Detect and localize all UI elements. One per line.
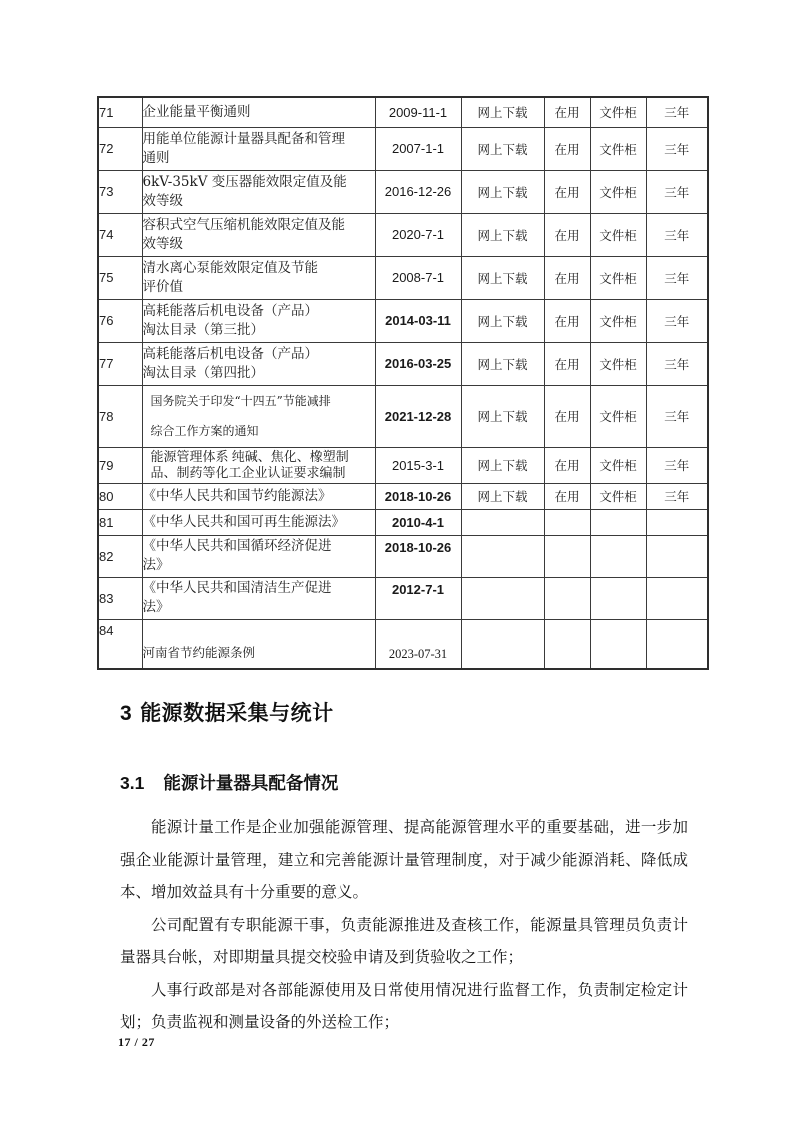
doc-name-cell: 《中华人民共和国循环经济促进 法》 xyxy=(142,535,375,577)
table-row: 72 用能单位能源计量器具配备和管理 通则 2007-1-1 网上下载 在用 文… xyxy=(98,127,708,170)
publish-date-cell: 2023-07-31 xyxy=(375,619,461,669)
source-cell xyxy=(461,619,544,669)
body-paragraph: 人事行政部是对各部能源使用及日常使用情况进行监督工作，负责制定检定计划；负责监视… xyxy=(120,975,688,1040)
publish-date-cell: 2021-12-28 xyxy=(375,385,461,447)
status-cell xyxy=(544,577,590,619)
retention-cell: 三年 xyxy=(646,170,708,213)
table-row: 81 《中华人民共和国可再生能源法》 2010-4-1 xyxy=(98,509,708,535)
source-cell: 网上下载 xyxy=(461,213,544,256)
source-cell xyxy=(461,509,544,535)
status-cell: 在用 xyxy=(544,256,590,299)
publish-date-cell: 2007-1-1 xyxy=(375,127,461,170)
doc-name-cell: 河南省节约能源条例 xyxy=(142,619,375,669)
source-cell: 网上下载 xyxy=(461,127,544,170)
publish-date-cell: 2016-03-25 xyxy=(375,342,461,385)
body-paragraph: 能源计量工作是企业加强能源管理、提高能源管理水平的重要基础，进一步加强企业能源计… xyxy=(120,812,688,910)
doc-name-cell: 国务院关于印发“十四五”节能减排 综合工作方案的通知 xyxy=(142,385,375,447)
table-row: 75 清水离心泵能效限定值及节能 评价值 2008-7-1 网上下载 在用 文件… xyxy=(98,256,708,299)
status-cell: 在用 xyxy=(544,385,590,447)
doc-name-cell: 《中华人民共和国可再生能源法》 xyxy=(142,509,375,535)
storage-cell: 文件柜 xyxy=(590,256,646,299)
storage-cell: 文件柜 xyxy=(590,213,646,256)
doc-number-cell: 82 xyxy=(98,535,142,577)
storage-cell: 文件柜 xyxy=(590,385,646,447)
body-paragraph: 公司配置有专职能源干事，负责能源推进及查核工作，能源量具管理员负责计量器具台帐，… xyxy=(120,910,688,975)
section-number: 3 xyxy=(120,702,132,725)
table-row: 83 《中华人民共和国清洁生产促进 法》 2012-7-1 xyxy=(98,577,708,619)
retention-cell: 三年 xyxy=(646,256,708,299)
source-cell: 网上下载 xyxy=(461,447,544,483)
publish-date-cell: 2009-11-1 xyxy=(375,97,461,127)
doc-number-cell: 76 xyxy=(98,299,142,342)
status-cell: 在用 xyxy=(544,127,590,170)
retention-cell: 三年 xyxy=(646,483,708,509)
source-cell: 网上下载 xyxy=(461,299,544,342)
retention-cell: 三年 xyxy=(646,97,708,127)
table-row: 77 高耗能落后机电设备（产品） 淘汰目录（第四批） 2016-03-25 网上… xyxy=(98,342,708,385)
retention-cell: 三年 xyxy=(646,213,708,256)
body-text-block: 能源计量工作是企业加强能源管理、提高能源管理水平的重要基础，进一步加强企业能源计… xyxy=(120,812,688,1040)
status-cell: 在用 xyxy=(544,97,590,127)
doc-name-cell: 能源管理体系 纯碱、焦化、橡塑制 品、制药等化工企业认证要求编制 xyxy=(142,447,375,483)
section-title: 能源数据采集与统计 xyxy=(140,702,334,725)
doc-name-cell: 高耗能落后机电设备（产品） 淘汰目录（第四批） xyxy=(142,342,375,385)
table-row: 73 6kV-35kV 变压器能效限定值及能 效等级 2016-12-26 网上… xyxy=(98,170,708,213)
publish-date-cell: 2014-03-11 xyxy=(375,299,461,342)
status-cell: 在用 xyxy=(544,447,590,483)
subsection-heading: 3.1能源计量器具配备情况 xyxy=(120,770,338,795)
publish-date-cell: 2008-7-1 xyxy=(375,256,461,299)
source-cell: 网上下载 xyxy=(461,342,544,385)
retention-cell: 三年 xyxy=(646,342,708,385)
storage-cell: 文件柜 xyxy=(590,170,646,213)
doc-number-cell: 84 xyxy=(98,619,142,669)
storage-cell: 文件柜 xyxy=(590,97,646,127)
storage-cell: 文件柜 xyxy=(590,299,646,342)
retention-cell: 三年 xyxy=(646,385,708,447)
doc-number-cell: 83 xyxy=(98,577,142,619)
source-cell xyxy=(461,535,544,577)
source-cell: 网上下载 xyxy=(461,385,544,447)
retention-cell: 三年 xyxy=(646,127,708,170)
status-cell: 在用 xyxy=(544,213,590,256)
doc-number-cell: 78 xyxy=(98,385,142,447)
table-row: 78 国务院关于印发“十四五”节能减排 综合工作方案的通知 2021-12-28… xyxy=(98,385,708,447)
table-row: 84 河南省节约能源条例 2023-07-31 xyxy=(98,619,708,669)
doc-name-cell: 清水离心泵能效限定值及节能 评价值 xyxy=(142,256,375,299)
retention-cell xyxy=(646,577,708,619)
publish-date-cell: 2016-12-26 xyxy=(375,170,461,213)
doc-name-cell: 企业能量平衡通则 xyxy=(142,97,375,127)
status-cell: 在用 xyxy=(544,299,590,342)
page-number: 17 / 27 xyxy=(118,1035,155,1050)
doc-name-cell: 容积式空气压缩机能效限定值及能 效等级 xyxy=(142,213,375,256)
storage-cell: 文件柜 xyxy=(590,342,646,385)
source-cell: 网上下载 xyxy=(461,256,544,299)
doc-number-cell: 79 xyxy=(98,447,142,483)
table-row: 71 企业能量平衡通则 2009-11-1 网上下载 在用 文件柜 三年 xyxy=(98,97,708,127)
status-cell xyxy=(544,509,590,535)
publish-date-cell: 2018-10-26 xyxy=(375,535,461,577)
storage-cell xyxy=(590,577,646,619)
section-heading: 3能源数据采集与统计 xyxy=(120,697,334,727)
doc-number-cell: 75 xyxy=(98,256,142,299)
doc-number-cell: 77 xyxy=(98,342,142,385)
doc-name-cell: 高耗能落后机电设备（产品） 淘汰目录（第三批） xyxy=(142,299,375,342)
retention-cell xyxy=(646,619,708,669)
publish-date-cell: 2012-7-1 xyxy=(375,577,461,619)
status-cell: 在用 xyxy=(544,342,590,385)
storage-cell xyxy=(590,535,646,577)
status-cell: 在用 xyxy=(544,483,590,509)
regulation-reference-table: 71 企业能量平衡通则 2009-11-1 网上下载 在用 文件柜 三年 72 … xyxy=(97,96,709,670)
doc-name-cell: 6kV-35kV 变压器能效限定值及能 效等级 xyxy=(142,170,375,213)
doc-number-cell: 73 xyxy=(98,170,142,213)
doc-number-cell: 71 xyxy=(98,97,142,127)
publish-date-cell: 2018-10-26 xyxy=(375,483,461,509)
storage-cell: 文件柜 xyxy=(590,447,646,483)
retention-cell xyxy=(646,509,708,535)
source-cell: 网上下载 xyxy=(461,170,544,213)
publish-date-cell: 2010-4-1 xyxy=(375,509,461,535)
source-cell: 网上下载 xyxy=(461,483,544,509)
doc-number-cell: 81 xyxy=(98,509,142,535)
document-page: 71 企业能量平衡通则 2009-11-1 网上下载 在用 文件柜 三年 72 … xyxy=(0,0,800,1130)
storage-cell xyxy=(590,509,646,535)
publish-date-cell: 2015-3-1 xyxy=(375,447,461,483)
retention-cell: 三年 xyxy=(646,447,708,483)
status-cell xyxy=(544,619,590,669)
retention-cell xyxy=(646,535,708,577)
storage-cell: 文件柜 xyxy=(590,127,646,170)
retention-cell: 三年 xyxy=(646,299,708,342)
publish-date-cell: 2020-7-1 xyxy=(375,213,461,256)
table-row: 76 高耗能落后机电设备（产品） 淘汰目录（第三批） 2014-03-11 网上… xyxy=(98,299,708,342)
doc-name-cell: 《中华人民共和国节约能源法》 xyxy=(142,483,375,509)
doc-number-cell: 72 xyxy=(98,127,142,170)
table-row: 80 《中华人民共和国节约能源法》 2018-10-26 网上下载 在用 文件柜… xyxy=(98,483,708,509)
doc-number-cell: 80 xyxy=(98,483,142,509)
doc-name-cell: 用能单位能源计量器具配备和管理 通则 xyxy=(142,127,375,170)
source-cell xyxy=(461,577,544,619)
doc-number-cell: 74 xyxy=(98,213,142,256)
doc-name-cell: 《中华人民共和国清洁生产促进 法》 xyxy=(142,577,375,619)
subsection-title: 能源计量器具配备情况 xyxy=(163,773,338,793)
table-row: 82 《中华人民共和国循环经济促进 法》 2018-10-26 xyxy=(98,535,708,577)
table-row: 74 容积式空气压缩机能效限定值及能 效等级 2020-7-1 网上下载 在用 … xyxy=(98,213,708,256)
subsection-number: 3.1 xyxy=(120,773,144,793)
status-cell xyxy=(544,535,590,577)
storage-cell xyxy=(590,619,646,669)
storage-cell: 文件柜 xyxy=(590,483,646,509)
table-row: 79 能源管理体系 纯碱、焦化、橡塑制 品、制药等化工企业认证要求编制 2015… xyxy=(98,447,708,483)
source-cell: 网上下载 xyxy=(461,97,544,127)
status-cell: 在用 xyxy=(544,170,590,213)
